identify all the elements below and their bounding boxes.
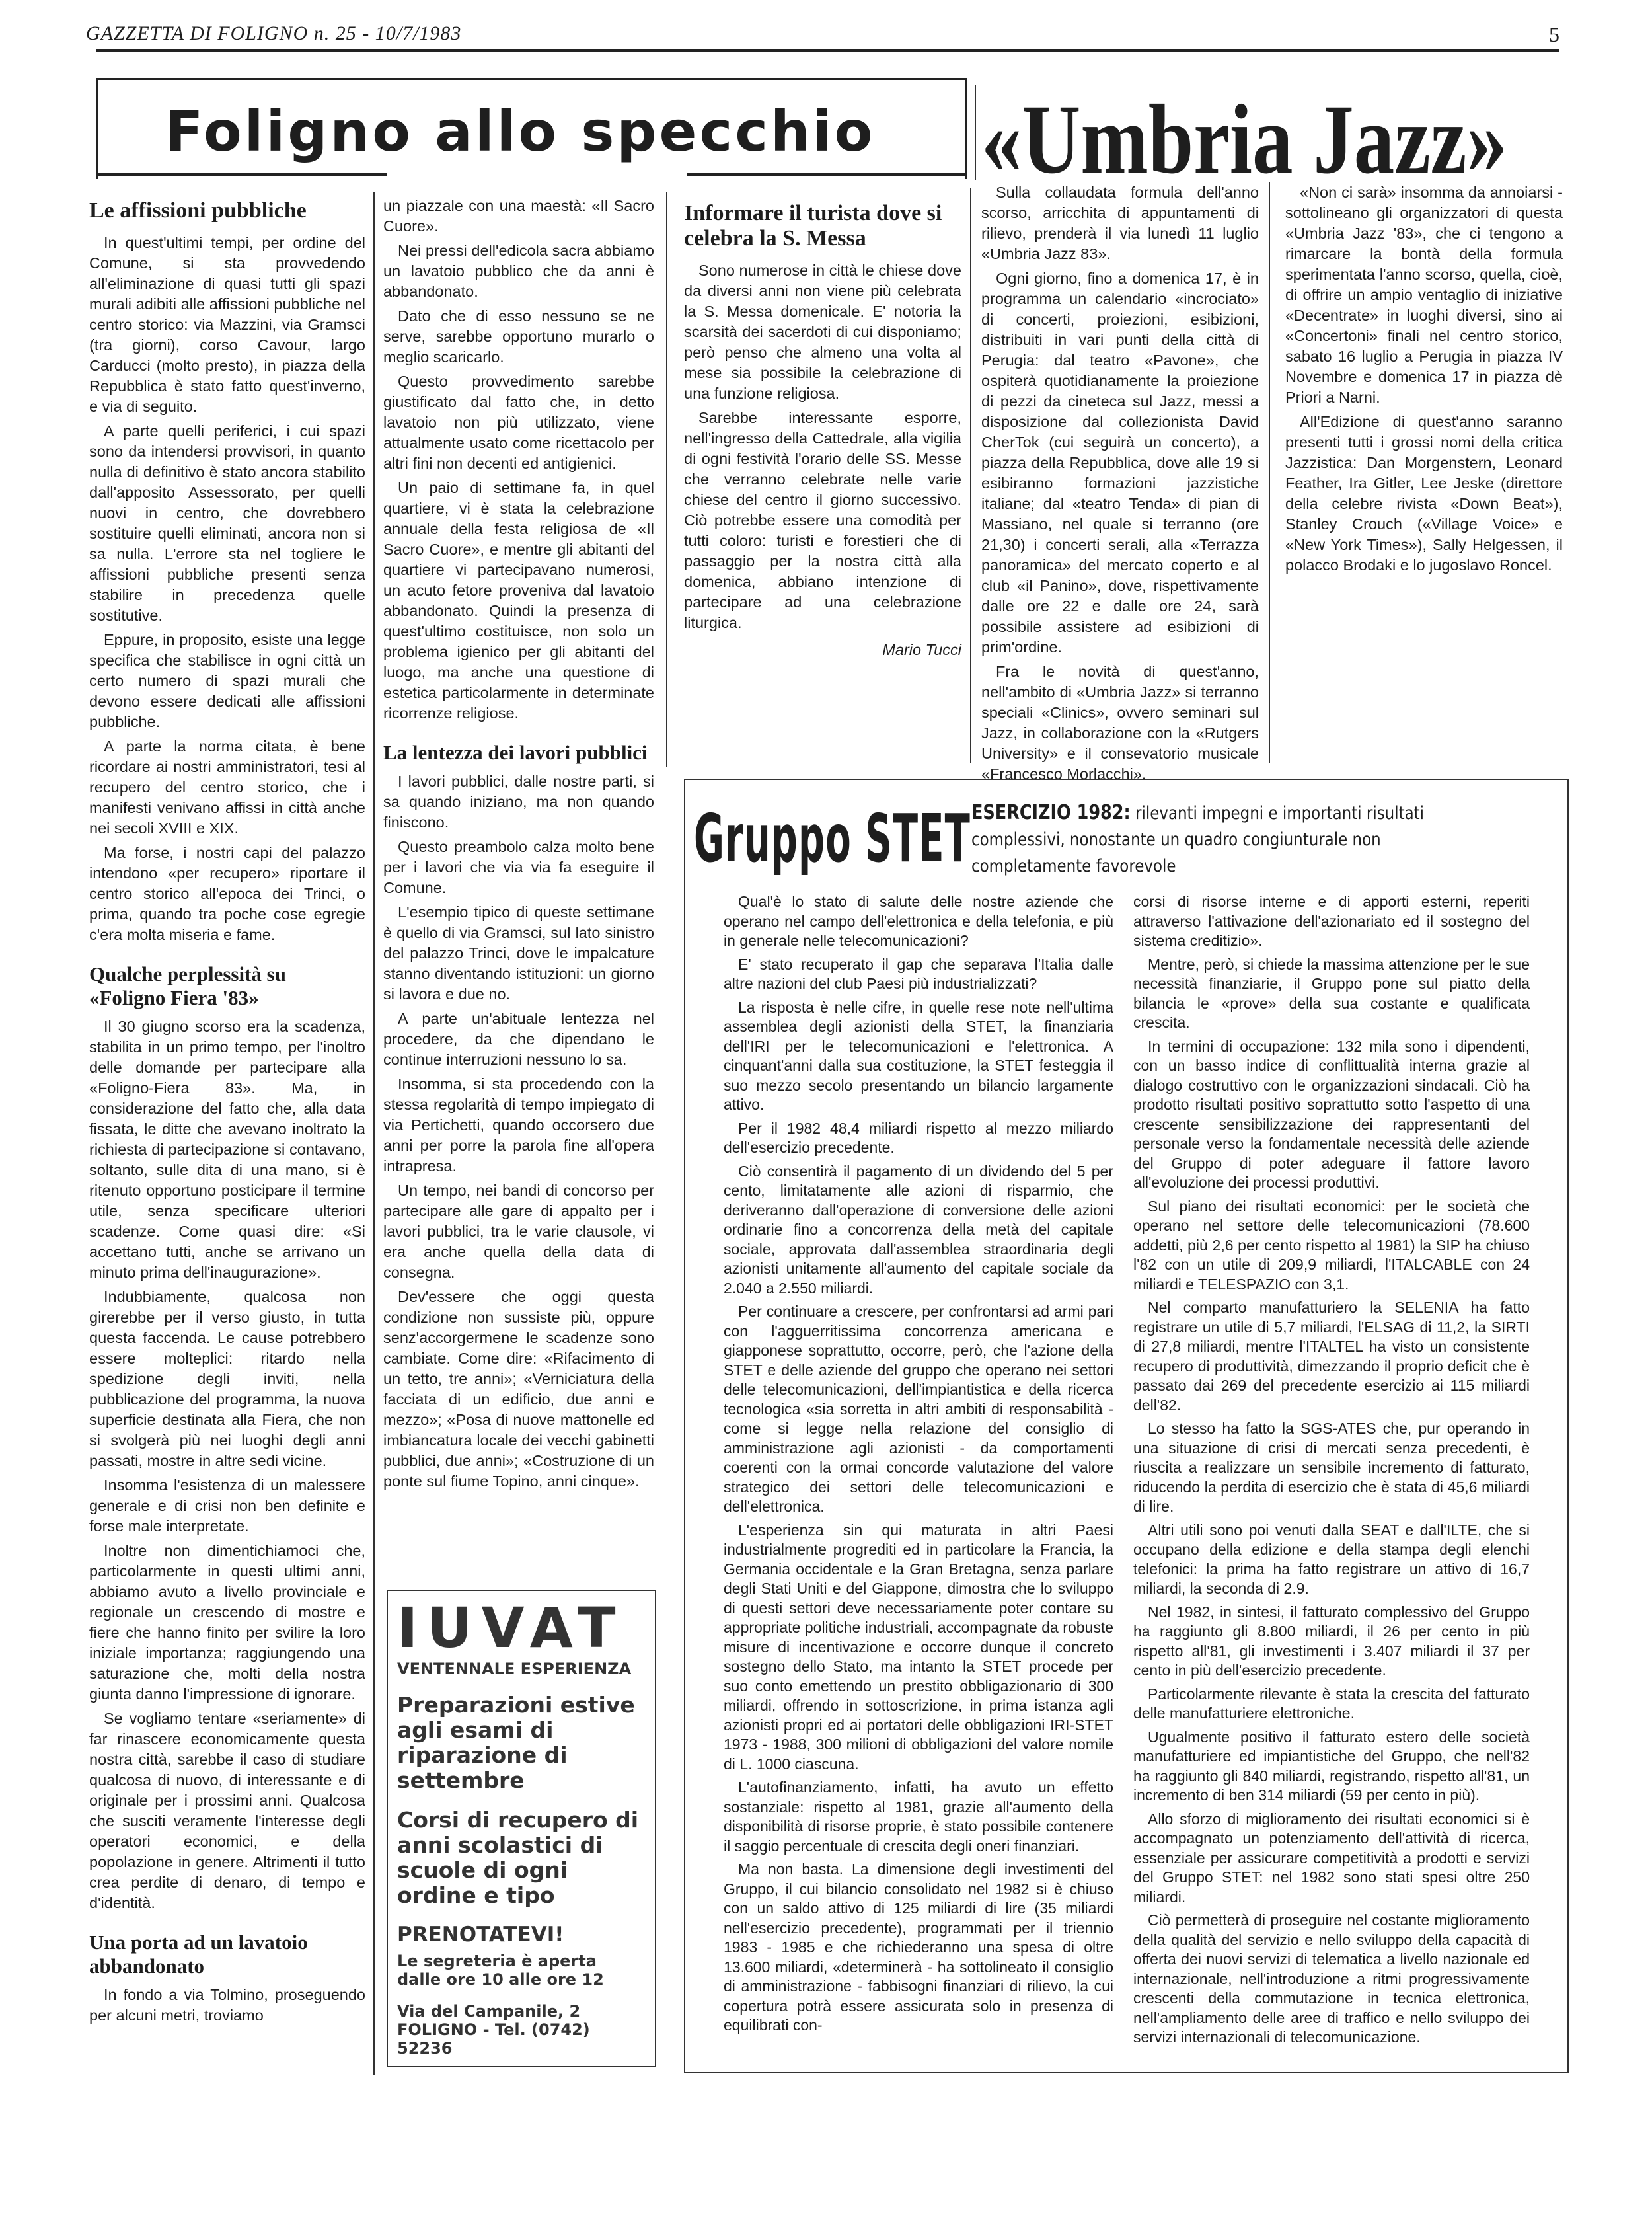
- running-head: GAZZETTA DI FOLIGNO n. 25 - 10/7/1983: [86, 22, 461, 45]
- paragraph: Eppure, in proposito, esiste una legge s…: [89, 630, 365, 732]
- paragraph: I lavori pubblici, dalle nostre parti, s…: [383, 771, 654, 833]
- article-title: La lentezza dei lavori pubblici: [383, 741, 654, 765]
- paragraph: Un tempo, nei bandi di concorso per part…: [383, 1180, 654, 1283]
- paragraph: Altri utili sono poi venuti dalla SEAT e…: [1133, 1521, 1530, 1599]
- stet-headline: ESERCIZIO 1982: rilevanti impegni e impo…: [971, 800, 1472, 880]
- paragraph: L'esperienza sin qui maturata in altri P…: [724, 1521, 1113, 1775]
- section-banner-title: Foligno allo specchio: [165, 99, 875, 164]
- paragraph: Dev'essere che oggi questa condizione no…: [383, 1287, 654, 1492]
- umbria-jazz-column-1: Sulla collaudata formula dell'anno scors…: [981, 182, 1259, 788]
- column-1: Le affissioni pubbliche In quest'ultimi …: [89, 193, 365, 2030]
- paragraph: Un paio di settimane fa, in quel quartie…: [383, 478, 654, 724]
- paragraph: E' stato recuperato il gap che separava …: [724, 955, 1113, 994]
- paragraph: corsi di risorse interne e di apporti es…: [1133, 892, 1530, 951]
- ad-text: Corsi di recupero di anni scolastici di …: [397, 1808, 646, 1908]
- paragraph: Questo provvedimento sarebbe giustificat…: [383, 371, 654, 474]
- article-title: Una porta ad un lavatoio abbandonato: [89, 1931, 365, 1978]
- paragraph: Se vogliamo tentare «seriamente» di far …: [89, 1709, 365, 1913]
- paragraph: Per continuare a crescere, per confronta…: [724, 1302, 1113, 1517]
- paragraph: L'autofinanziamento, infatti, ha avuto u…: [724, 1778, 1113, 1856]
- ad-cta: PRENOTATEVI!: [397, 1923, 646, 1946]
- banner-divider: [975, 85, 976, 180]
- iuvat-advertisement: IUVAT VENTENNALE ESPERIENZA Preparazioni…: [387, 1590, 656, 2067]
- paragraph: Nel 1982, in sintesi, il fatturato compl…: [1133, 1603, 1530, 1681]
- paragraph: «Non ci sarà» insomma da annoiarsi - sot…: [1285, 182, 1563, 408]
- paragraph: Indubbiamente, qualcosa non girerebbe pe…: [89, 1287, 365, 1471]
- article-signature: Mario Tucci: [684, 640, 961, 660]
- column-divider: [373, 192, 375, 2075]
- paragraph: All'Edizione di quest'anno saranno prese…: [1285, 412, 1563, 576]
- stet-column-right: corsi di risorse interne e di apporti es…: [1133, 892, 1530, 2052]
- column-3: Informare il turista dove si celebra la …: [684, 196, 961, 660]
- paragraph: Ciò permetterà di proseguire nel costant…: [1133, 1911, 1530, 2048]
- ad-address: Via del Campanile, 2: [397, 2002, 646, 2020]
- paragraph: In quest'ultimi tempi, per ordine del Co…: [89, 233, 365, 417]
- paragraph: Ma forse, i nostri capi del palazzo inte…: [89, 843, 365, 945]
- paragraph: Ma non basta. La dimensione degli invest…: [724, 1860, 1113, 2036]
- umbria-jazz-column-2: «Non ci sarà» insomma da annoiarsi - sot…: [1285, 182, 1563, 580]
- paragraph: L'esempio tipico di queste settimane è q…: [383, 902, 654, 1005]
- paragraph: Qual'è lo stato di salute delle nostre a…: [724, 892, 1113, 951]
- stet-headline-bold: ESERCIZIO 1982:: [971, 801, 1131, 824]
- paragraph: La risposta è nelle cifre, in quelle res…: [724, 998, 1113, 1115]
- paragraph: Sul piano dei risultati economici: per l…: [1133, 1197, 1530, 1295]
- stet-logo: Gruppo STET: [694, 800, 971, 877]
- paragraph: A parte un'abituale lentezza nel procede…: [383, 1009, 654, 1070]
- umbria-jazz-title: «Umbria Jazz»: [981, 83, 1507, 196]
- paragraph: A parte quelli periferici, i cui spazi s…: [89, 421, 365, 626]
- stet-column-left: Qual'è lo stato di salute delle nostre a…: [724, 892, 1113, 2040]
- article-title: Informare il turista dove si celebra la …: [684, 201, 961, 251]
- page-number: 5: [1549, 22, 1559, 47]
- paragraph: Insomma, si sta procedendo con la stessa…: [383, 1074, 654, 1176]
- ad-hours: Le segreteria è aperta dalle ore 10 alle…: [397, 1952, 646, 1989]
- ad-subtitle: VENTENNALE ESPERIENZA: [397, 1660, 646, 1678]
- paragraph: Sulla collaudata formula dell'anno scors…: [981, 182, 1259, 264]
- paragraph: Sono numerose in città le chiese dove da…: [684, 260, 961, 404]
- column-divider: [970, 188, 971, 763]
- paragraph: Dato che di esso nessuno se ne serve, sa…: [383, 306, 654, 367]
- paragraph: Ciò consentirà il pagamento di un divide…: [724, 1162, 1113, 1299]
- paragraph: Ugualmente positivo il fatturato estero …: [1133, 1728, 1530, 1806]
- banner-rule-right: [687, 173, 965, 176]
- paragraph: Nel comparto manufatturiero la SELENIA h…: [1133, 1298, 1530, 1415]
- paragraph: Lo stesso ha fatto la SGS-ATES che, pur …: [1133, 1419, 1530, 1517]
- column-divider: [666, 192, 667, 767]
- article-title: Le affissioni pubbliche: [89, 198, 365, 223]
- paragraph: A parte la norma citata, è bene ricordar…: [89, 736, 365, 839]
- paragraph: Nei pressi dell'edicola sacra abbiamo un…: [383, 241, 654, 302]
- banner-rule-left: [96, 173, 387, 176]
- paragraph: Questo preambolo calza molto bene per i …: [383, 837, 654, 898]
- column-2: un piazzale con una maestà: «Il Sacro Cu…: [383, 196, 654, 1496]
- paragraph: Per il 1982 48,4 miliardi rispetto al me…: [724, 1119, 1113, 1158]
- ad-text: Preparazioni estive agli esami di ripara…: [397, 1693, 646, 1793]
- paragraph: Allo sforzo di miglioramento dei risulta…: [1133, 1810, 1530, 1907]
- paragraph: Fra le novità di quest'anno, nell'ambito…: [981, 662, 1259, 785]
- iuvat-logo: IUVAT: [397, 1600, 646, 1656]
- paragraph: Inoltre non dimentichiamoci che, partico…: [89, 1541, 365, 1705]
- paragraph: Il 30 giugno scorso era la scadenza, sta…: [89, 1017, 365, 1283]
- paragraph: Insomma l'esistenza di un malessere gene…: [89, 1475, 365, 1537]
- ad-contact: FOLIGNO - Tel. (0742) 52236: [397, 2020, 646, 2057]
- paragraph: Mentre, però, si chiede la massima atten…: [1133, 955, 1530, 1033]
- paragraph: Sarebbe interessante esporre, nell'ingre…: [684, 408, 961, 633]
- article-title: Qualche perplessità su «Foligno Fiera '8…: [89, 962, 365, 1010]
- paragraph: In fondo a via Tolmino, proseguendo per …: [89, 1985, 365, 2026]
- paragraph: Particolarmente rilevante è stata la cre…: [1133, 1685, 1530, 1724]
- paragraph: un piazzale con una maestà: «Il Sacro Cu…: [383, 196, 654, 237]
- header-rule: [96, 49, 1559, 52]
- paragraph: Ogni giorno, fino a domenica 17, è in pr…: [981, 268, 1259, 658]
- column-divider: [1269, 182, 1270, 763]
- paragraph: In termini di occupazione: 132 mila sono…: [1133, 1037, 1530, 1193]
